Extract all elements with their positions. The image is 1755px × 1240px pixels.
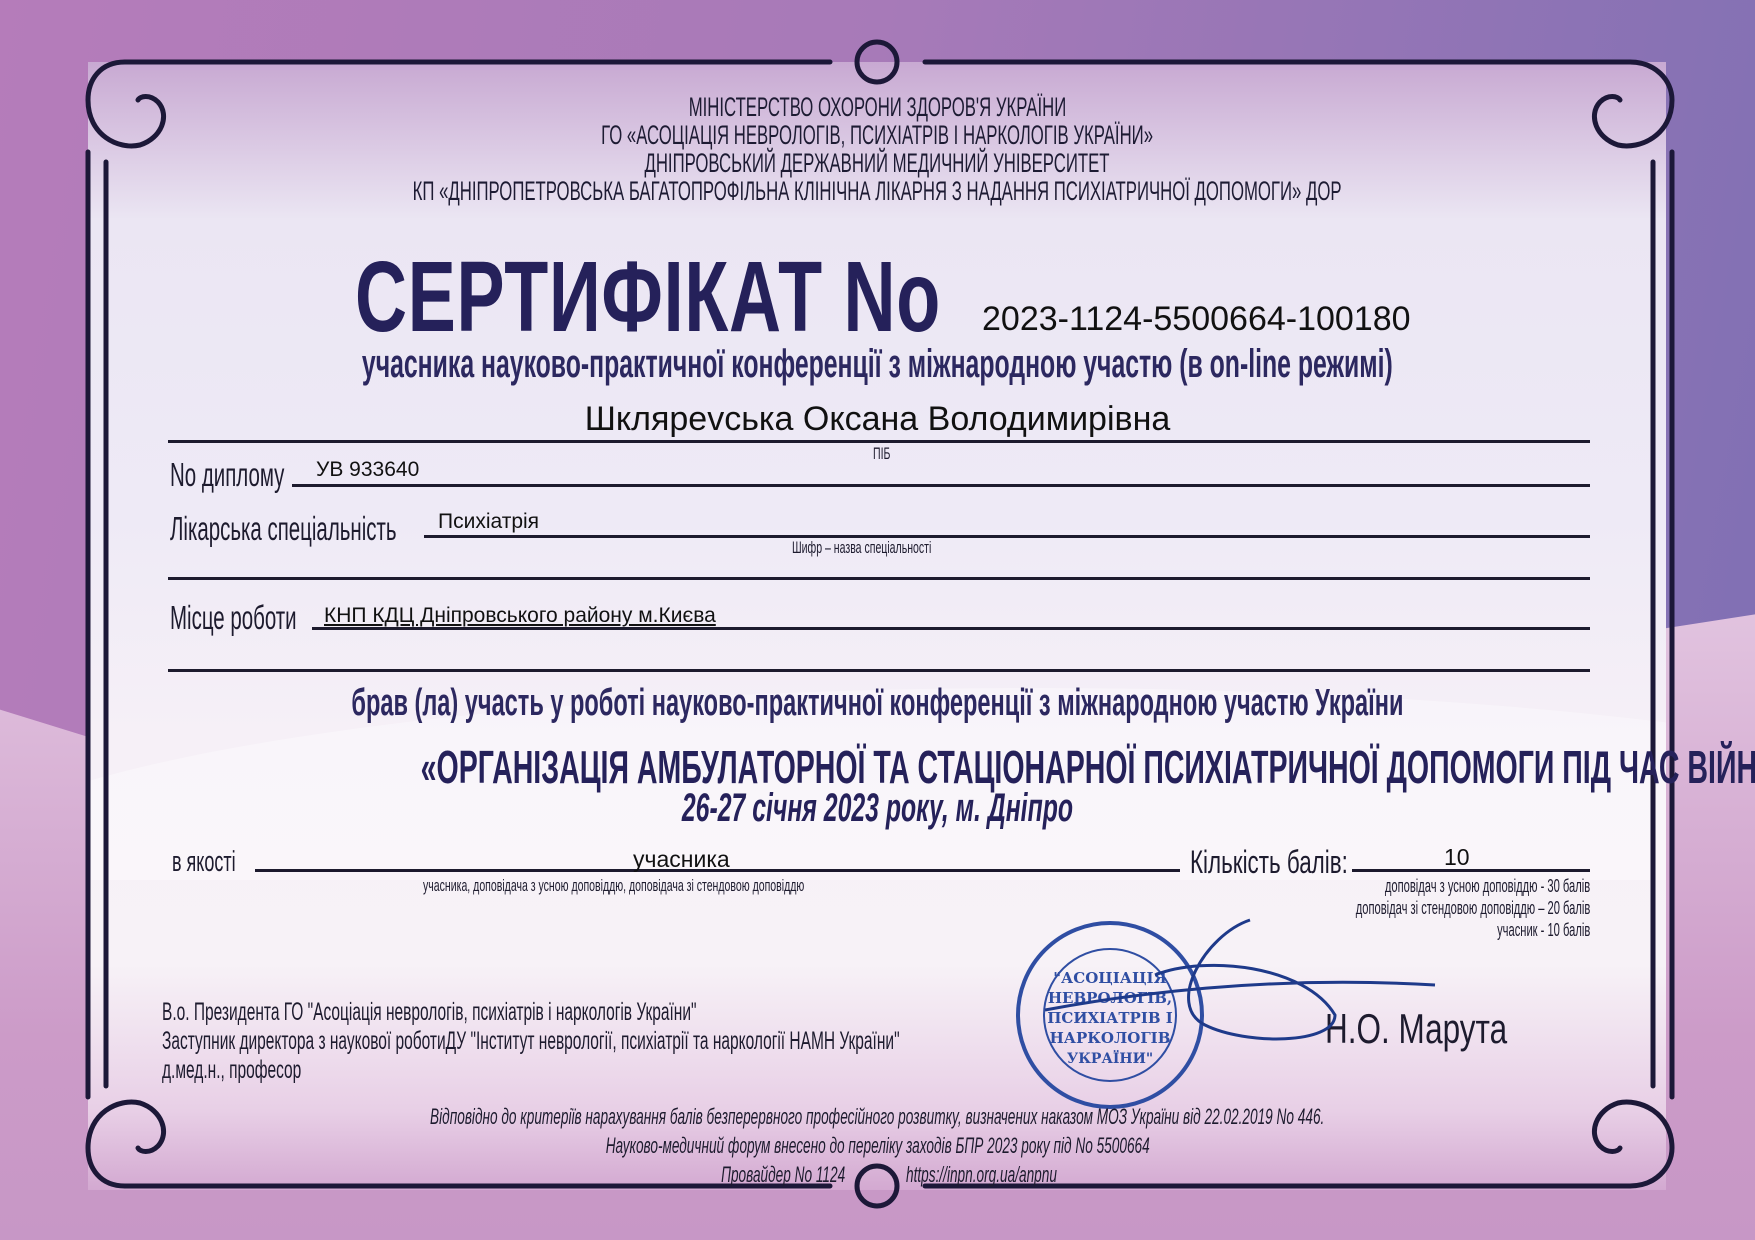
diploma-underline [292, 484, 1590, 487]
footer-forum-registry: Науково-медичний форум внесено до перелі… [0, 1133, 1755, 1159]
role-hint: учасника, доповідача з усною доповіддю, … [423, 876, 1038, 896]
certificate-subtitle: учасника науково-практичної конференції … [0, 342, 1755, 387]
workplace-underline [312, 627, 1590, 630]
org-line-ministry: МІНІСТЕРСТВО ОХОРОНИ ЗДОРОВ'Я УКРАЇНИ [0, 93, 1755, 122]
stamp-seal-icon: "АСОЦІАЦІЯ НЕВРОЛОГІВ, ПСИХІАТРІВ І НАРК… [1005, 915, 1445, 1115]
org-line-university: ДНІПРОВСЬКИЙ ДЕРЖАВНИЙ МЕДИЧНИЙ УНІВЕРСИ… [0, 149, 1755, 178]
role-value: учасника [633, 846, 730, 873]
svg-text:НАРКОЛОГІВ: НАРКОЛОГІВ [1050, 1029, 1171, 1047]
workplace-value: КНП КДЦ Дніпровського району м.Києва [324, 604, 716, 628]
top-ring-icon [857, 42, 897, 82]
diploma-value: УВ 933640 [316, 458, 419, 482]
points-scale-oral: доповідач з усною доповіддю - 30 балів [1259, 876, 1590, 897]
svg-text:"АСОЦІАЦІЯ: "АСОЦІАЦІЯ [1053, 969, 1167, 987]
participant-name: Шклярevська Оксана Володимирівна [0, 400, 1755, 439]
conference-date-place: 26-27 січня 2023 року, м. Дніпро [0, 786, 1755, 831]
signatory-position-1: В.о. Президента ГО "Асоціація неврологів… [162, 998, 1024, 1027]
svg-text:ПСИХІАТРІВ І: ПСИХІАТРІВ І [1047, 1009, 1173, 1027]
points-value: 10 [1444, 844, 1470, 871]
name-underline [168, 440, 1590, 443]
points-scale-participant: учасник - 10 балів [1440, 920, 1590, 941]
bottom-ring-icon [857, 1166, 897, 1206]
participation-statement: брав (ла) участь у роботі науково-практи… [0, 682, 1755, 725]
org-line-hospital: КП «ДНІПРОПЕТРОВСЬКА БАГАТОПРОФІЛЬНА КЛІ… [0, 177, 1755, 206]
svg-text:УКРАЇНИ": УКРАЇНИ" [1067, 1048, 1153, 1067]
name-hint: ПІБ [873, 444, 901, 464]
org-line-association: ГО «АСОЦІАЦІЯ НЕВРОЛОГІВ, ПСИХІАТРІВ І Н… [0, 121, 1755, 150]
footer-criteria: Відповідно до критеріїв нарахування балі… [0, 1104, 1755, 1130]
specialty-extra-line [168, 577, 1590, 580]
specialty-value: Психіатрія [438, 510, 539, 534]
signatory-degree: д.мед.н., професор [162, 1056, 387, 1085]
specialty-hint: Шифр – назва спеціальності [792, 538, 1017, 558]
footer-url-link[interactable]: https://inpn.org.ua/anpnu [906, 1162, 1149, 1188]
role-label: в якості [172, 846, 275, 879]
footer-provider: Провайдер No 1124 [645, 1162, 845, 1188]
points-underline [1352, 869, 1590, 872]
workplace-extra-line [168, 669, 1590, 672]
certificate-number: 2023-1124-5500664-100180 [982, 300, 1411, 339]
